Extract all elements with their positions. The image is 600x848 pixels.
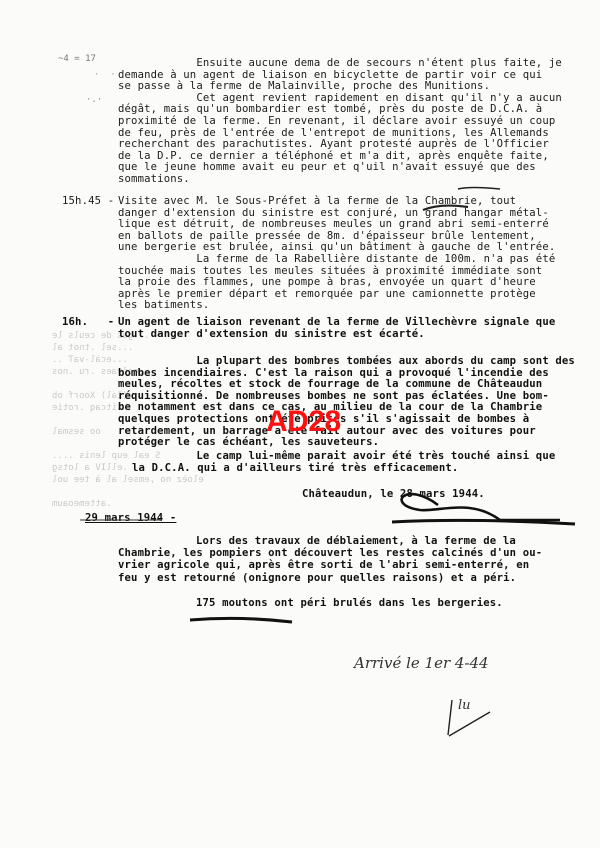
archive-watermark: AD28 — [266, 405, 341, 439]
document-page: ~4 = 17 · · ·.· ...ges de ceuls le ...se… — [0, 0, 600, 848]
handwritten-received-note: Arrivé le 1er 4-44 — [354, 654, 489, 672]
handwritten-initials: lu — [458, 698, 471, 713]
